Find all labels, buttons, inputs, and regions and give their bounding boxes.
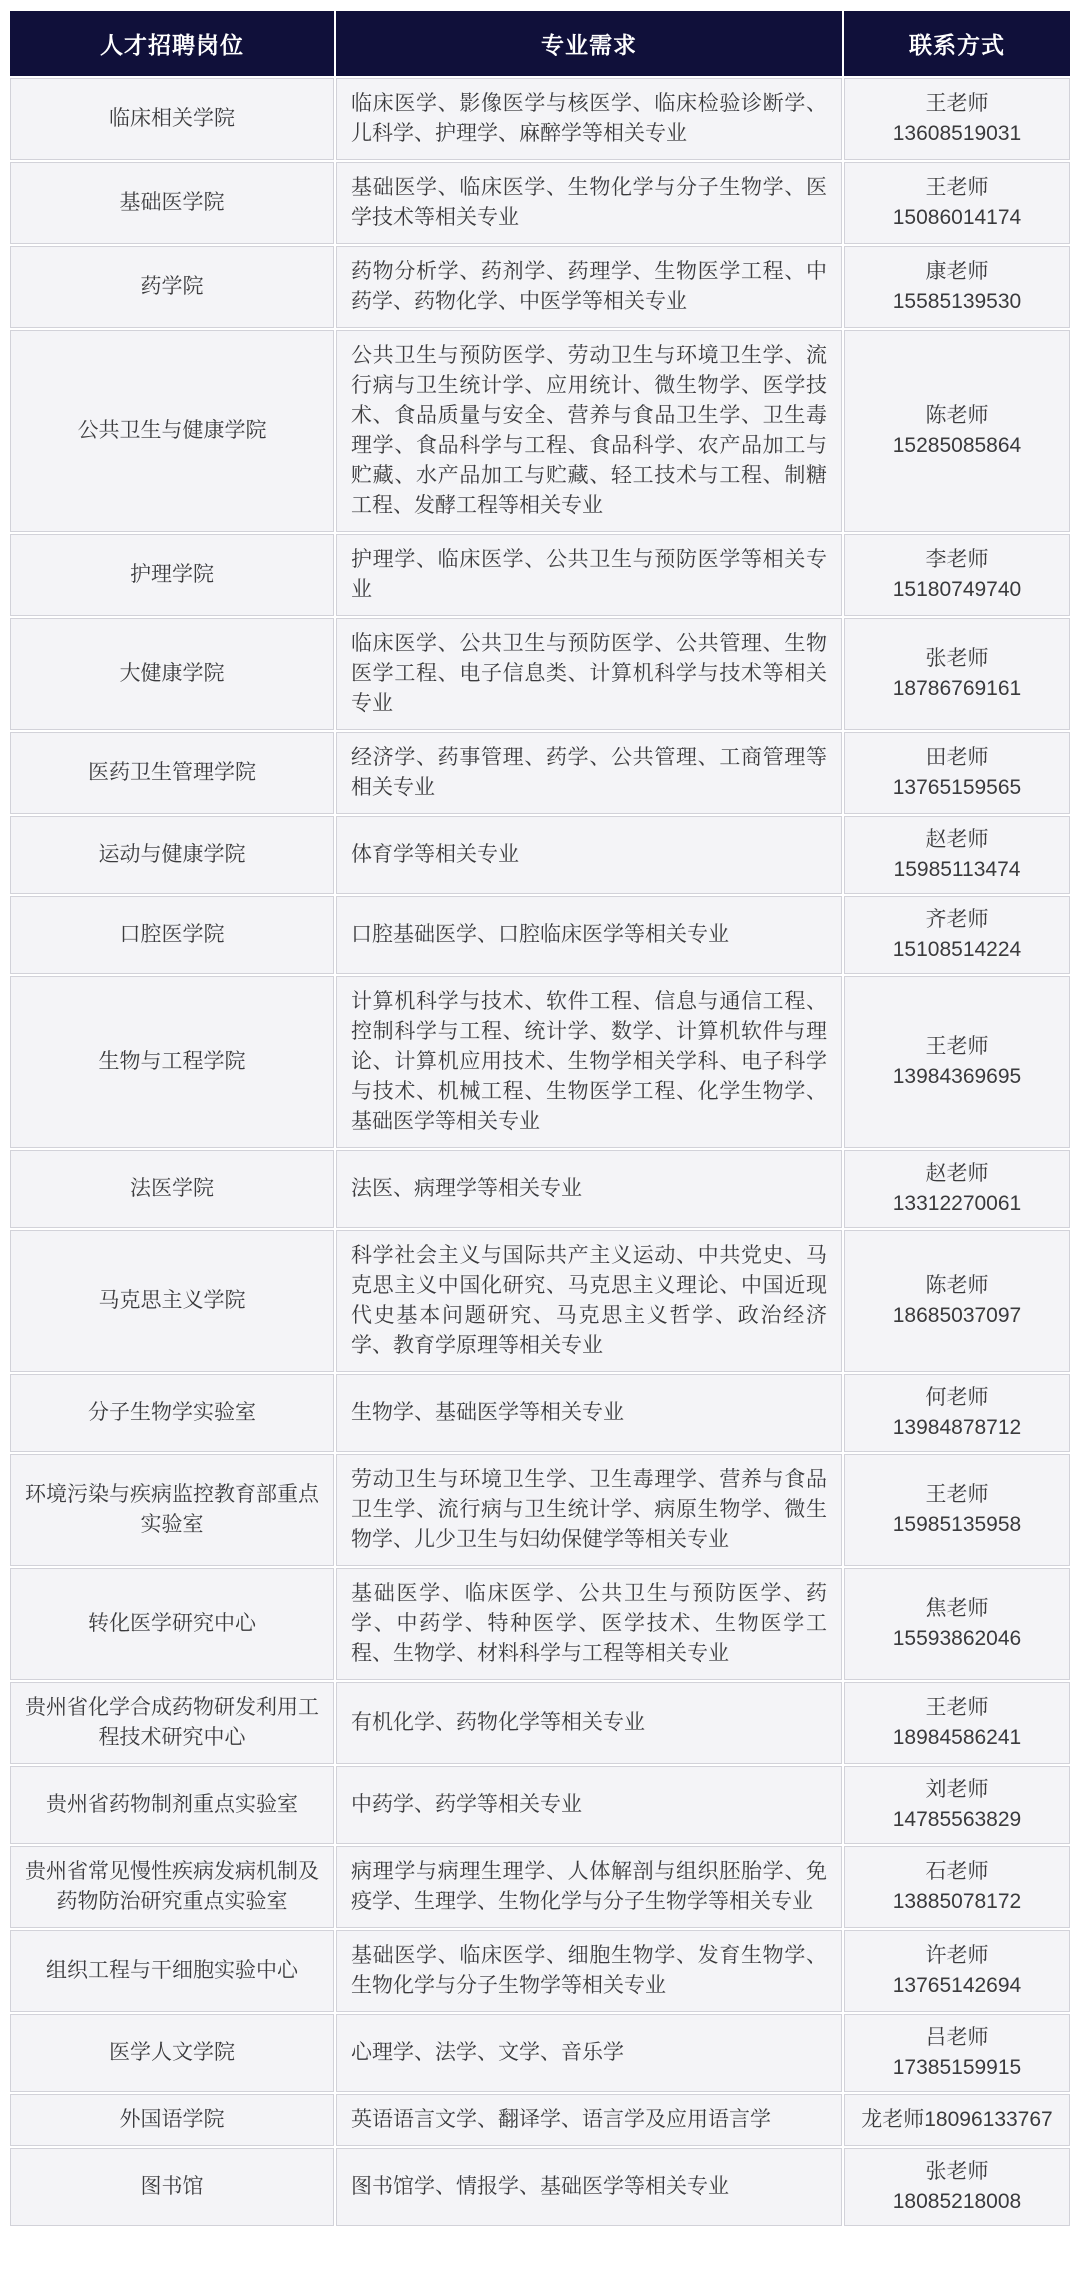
table-row: 环境污染与疾病监控教育部重点实验室劳动卫生与环境卫生学、卫生毒理学、营养与食品卫… [10,1454,1070,1566]
majors-cell: 临床医学、公共卫生与预防医学、公共管理、生物医学工程、电子信息类、计算机科学与技… [336,618,842,730]
majors-cell: 英语语言文学、翻译学、语言学及应用语言学 [336,2094,842,2146]
contact-cell: 石老师13885078172 [844,1846,1070,1928]
table-row: 公共卫生与健康学院公共卫生与预防医学、劳动卫生与环境卫生学、流行病与卫生统计学、… [10,330,1070,532]
contact-phone: 13984878712 [849,1413,1065,1443]
position-cell: 贵州省常见慢性疾病发病机制及药物防治研究重点实验室 [10,1846,334,1928]
contact-phone: 18984586241 [849,1723,1065,1753]
contact-name: 齐老师 [849,905,1065,935]
position-cell: 临床相关学院 [10,78,334,160]
contact-cell: 刘老师14785563829 [844,1766,1070,1844]
contact-name: 吕老师 [849,2023,1065,2053]
position-cell: 生物与工程学院 [10,976,334,1148]
majors-cell: 公共卫生与预防医学、劳动卫生与环境卫生学、流行病与卫生统计学、应用统计、微生物学… [336,330,842,532]
column-header-majors: 专业需求 [336,11,842,76]
table-row: 马克思主义学院科学社会主义与国际共产主义运动、中共党史、马克思主义中国化研究、马… [10,1230,1070,1372]
contact-phone: 15985113474 [849,855,1065,885]
position-cell: 分子生物学实验室 [10,1374,334,1452]
table-body: 临床相关学院临床医学、影像医学与核医学、临床检验诊断学、儿科学、护理学、麻醉学等… [10,78,1070,2226]
position-cell: 护理学院 [10,534,334,616]
position-cell: 环境污染与疾病监控教育部重点实验室 [10,1454,334,1566]
contact-name: 张老师 [849,644,1065,674]
table-row: 生物与工程学院计算机科学与技术、软件工程、信息与通信工程、控制科学与工程、统计学… [10,976,1070,1148]
contact-cell: 张老师18085218008 [844,2148,1070,2226]
majors-cell: 护理学、临床医学、公共卫生与预防医学等相关专业 [336,534,842,616]
position-cell: 药学院 [10,246,334,328]
contact-name: 焦老师 [849,1594,1065,1624]
contact-name: 石老师 [849,1857,1065,1887]
contact-name: 赵老师 [849,825,1065,855]
contact-cell: 张老师18786769161 [844,618,1070,730]
contact-phone: 13312270061 [849,1189,1065,1219]
contact-cell: 李老师15180749740 [844,534,1070,616]
position-cell: 法医学院 [10,1150,334,1228]
contact-phone: 13984369695 [849,1062,1065,1092]
majors-cell: 基础医学、临床医学、细胞生物学、发育生物学、生物化学与分子生物学等相关专业 [336,1930,842,2012]
contact-cell: 赵老师13312270061 [844,1150,1070,1228]
position-cell: 贵州省药物制剂重点实验室 [10,1766,334,1844]
column-header-contact: 联系方式 [844,11,1070,76]
table-row: 大健康学院临床医学、公共卫生与预防医学、公共管理、生物医学工程、电子信息类、计算… [10,618,1070,730]
position-cell: 运动与健康学院 [10,816,334,894]
contact-name: 张老师 [849,2157,1065,2187]
contact-phone: 18786769161 [849,674,1065,704]
contact-phone: 15108514224 [849,935,1065,965]
majors-cell: 生物学、基础医学等相关专业 [336,1374,842,1452]
majors-cell: 科学社会主义与国际共产主义运动、中共党史、马克思主义中国化研究、马克思主义理论、… [336,1230,842,1372]
contact-cell: 赵老师15985113474 [844,816,1070,894]
majors-cell: 法医、病理学等相关专业 [336,1150,842,1228]
table-row: 药学院药物分析学、药剂学、药理学、生物医学工程、中药学、药物化学、中医学等相关专… [10,246,1070,328]
contact-name: 王老师 [849,89,1065,119]
contact-cell: 龙老师18096133767 [844,2094,1070,2146]
table-row: 医学人文学院心理学、法学、文学、音乐学吕老师17385159915 [10,2014,1070,2092]
contact-phone: 15985135958 [849,1510,1065,1540]
majors-cell: 药物分析学、药剂学、药理学、生物医学工程、中药学、药物化学、中医学等相关专业 [336,246,842,328]
majors-cell: 计算机科学与技术、软件工程、信息与通信工程、控制科学与工程、统计学、数学、计算机… [336,976,842,1148]
contact-name: 陈老师 [849,1271,1065,1301]
contact-cell: 何老师13984878712 [844,1374,1070,1452]
majors-cell: 临床医学、影像医学与核医学、临床检验诊断学、儿科学、护理学、麻醉学等相关专业 [336,78,842,160]
contact-cell: 陈老师18685037097 [844,1230,1070,1372]
contact-phone: 13885078172 [849,1887,1065,1917]
contact-phone: 15285085864 [849,431,1065,461]
contact-name: 何老师 [849,1383,1065,1413]
majors-cell: 体育学等相关专业 [336,816,842,894]
contact-phone: 17385159915 [849,2053,1065,2083]
contact-cell: 陈老师15285085864 [844,330,1070,532]
position-cell: 基础医学院 [10,162,334,244]
contact-name: 王老师 [849,1480,1065,1510]
table-row: 外国语学院英语语言文学、翻译学、语言学及应用语言学龙老师18096133767 [10,2094,1070,2146]
contact-cell: 田老师13765159565 [844,732,1070,814]
contact-cell: 焦老师15593862046 [844,1568,1070,1680]
contact-cell: 王老师13984369695 [844,976,1070,1148]
contact-phone: 13765142694 [849,1971,1065,2001]
position-cell: 医学人文学院 [10,2014,334,2092]
contact-name: 龙老师 [861,2108,924,2131]
contact-name: 赵老师 [849,1159,1065,1189]
contact-cell: 王老师18984586241 [844,1682,1070,1764]
majors-cell: 中药学、药学等相关专业 [336,1766,842,1844]
contact-phone: 15086014174 [849,203,1065,233]
table-row: 贵州省常见慢性疾病发病机制及药物防治研究重点实验室病理学与病理生理学、人体解剖与… [10,1846,1070,1928]
majors-cell: 口腔基础医学、口腔临床医学等相关专业 [336,896,842,974]
contact-phone: 15585139530 [849,287,1065,317]
position-cell: 医药卫生管理学院 [10,732,334,814]
contact-cell: 王老师15985135958 [844,1454,1070,1566]
table-row: 分子生物学实验室生物学、基础医学等相关专业何老师13984878712 [10,1374,1070,1452]
contact-name: 王老师 [849,1693,1065,1723]
table-row: 转化医学研究中心基础医学、临床医学、公共卫生与预防医学、药学、中药学、特种医学、… [10,1568,1070,1680]
table-row: 组织工程与干细胞实验中心基础医学、临床医学、细胞生物学、发育生物学、生物化学与分… [10,1930,1070,2012]
majors-cell: 心理学、法学、文学、音乐学 [336,2014,842,2092]
contact-cell: 齐老师15108514224 [844,896,1070,974]
position-cell: 外国语学院 [10,2094,334,2146]
contact-cell: 许老师13765142694 [844,1930,1070,2012]
table-header: 人才招聘岗位 专业需求 联系方式 [10,11,1070,76]
contact-name: 王老师 [849,173,1065,203]
table-row: 口腔医学院口腔基础医学、口腔临床医学等相关专业齐老师15108514224 [10,896,1070,974]
position-cell: 马克思主义学院 [10,1230,334,1372]
contact-phone: 13608519031 [849,119,1065,149]
position-cell: 贵州省化学合成药物研发利用工程技术研究中心 [10,1682,334,1764]
contact-phone: 18085218008 [849,2187,1065,2217]
contact-cell: 王老师13608519031 [844,78,1070,160]
contact-name: 李老师 [849,545,1065,575]
majors-cell: 有机化学、药物化学等相关专业 [336,1682,842,1764]
contact-name: 刘老师 [849,1775,1065,1805]
majors-cell: 病理学与病理生理学、人体解剖与组织胚胎学、免疫学、生理学、生物化学与分子生物学等… [336,1846,842,1928]
recruitment-table: 人才招聘岗位 专业需求 联系方式 临床相关学院临床医学、影像医学与核医学、临床检… [8,9,1072,2228]
position-cell: 转化医学研究中心 [10,1568,334,1680]
table-row: 运动与健康学院体育学等相关专业赵老师15985113474 [10,816,1070,894]
table-row: 护理学院护理学、临床医学、公共卫生与预防医学等相关专业李老师1518074974… [10,534,1070,616]
position-cell: 大健康学院 [10,618,334,730]
table-row: 贵州省化学合成药物研发利用工程技术研究中心有机化学、药物化学等相关专业王老师18… [10,1682,1070,1764]
table-row: 基础医学院基础医学、临床医学、生物化学与分子生物学、医学技术等相关专业王老师15… [10,162,1070,244]
contact-phone: 18096133767 [924,2108,1052,2131]
table-row: 图书馆图书馆学、情报学、基础医学等相关专业张老师18085218008 [10,2148,1070,2226]
contact-phone: 15180749740 [849,575,1065,605]
contact-name: 陈老师 [849,401,1065,431]
majors-cell: 基础医学、临床医学、生物化学与分子生物学、医学技术等相关专业 [336,162,842,244]
majors-cell: 基础医学、临床医学、公共卫生与预防医学、药学、中药学、特种医学、医学技术、生物医… [336,1568,842,1680]
position-cell: 公共卫生与健康学院 [10,330,334,532]
position-cell: 口腔医学院 [10,896,334,974]
contact-name: 许老师 [849,1941,1065,1971]
contact-cell: 王老师15086014174 [844,162,1070,244]
table-row: 医药卫生管理学院经济学、药事管理、药学、公共管理、工商管理等相关专业田老师137… [10,732,1070,814]
majors-cell: 经济学、药事管理、药学、公共管理、工商管理等相关专业 [336,732,842,814]
position-cell: 组织工程与干细胞实验中心 [10,1930,334,2012]
contact-phone: 18685037097 [849,1301,1065,1331]
contact-name: 田老师 [849,743,1065,773]
contact-phone: 14785563829 [849,1805,1065,1835]
majors-cell: 劳动卫生与环境卫生学、卫生毒理学、营养与食品卫生学、流行病与卫生统计学、病原生物… [336,1454,842,1566]
contact-name: 康老师 [849,257,1065,287]
contact-name: 王老师 [849,1032,1065,1062]
contact-phone: 15593862046 [849,1624,1065,1654]
table-row: 贵州省药物制剂重点实验室中药学、药学等相关专业刘老师14785563829 [10,1766,1070,1844]
majors-cell: 图书馆学、情报学、基础医学等相关专业 [336,2148,842,2226]
header-row: 人才招聘岗位 专业需求 联系方式 [10,11,1070,76]
recruitment-table-page: 人才招聘岗位 专业需求 联系方式 临床相关学院临床医学、影像医学与核医学、临床检… [0,0,1080,2240]
contact-cell: 吕老师17385159915 [844,2014,1070,2092]
column-header-position: 人才招聘岗位 [10,11,334,76]
position-cell: 图书馆 [10,2148,334,2226]
contact-phone: 13765159565 [849,773,1065,803]
contact-cell: 康老师15585139530 [844,246,1070,328]
table-row: 法医学院法医、病理学等相关专业赵老师13312270061 [10,1150,1070,1228]
table-row: 临床相关学院临床医学、影像医学与核医学、临床检验诊断学、儿科学、护理学、麻醉学等… [10,78,1070,160]
